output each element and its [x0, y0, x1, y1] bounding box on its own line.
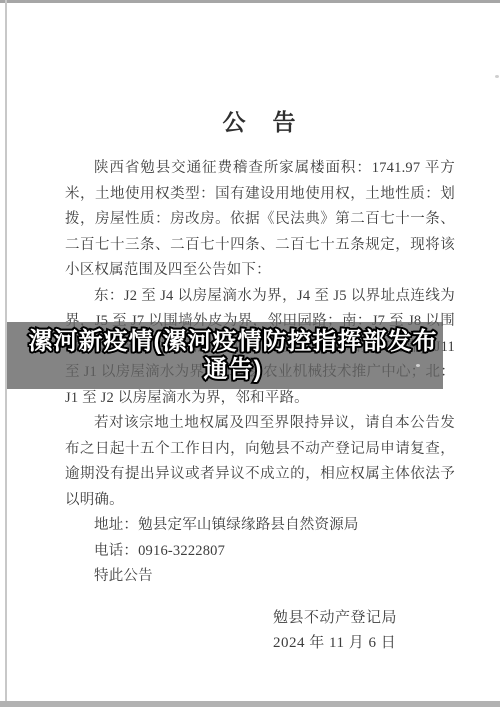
- notice-phone-line: 电话：0916-3222807: [65, 539, 455, 565]
- overlay-banner: 漯河新疫情(漯河疫情防控指挥部发布 通告): [7, 322, 443, 389]
- signature-block: 勉县不动产登记局 2024 年 11 月 6 日: [273, 606, 455, 656]
- banner-headline-line-1: 漯河新疫情(漯河疫情防控指挥部发布: [29, 328, 438, 356]
- photo-bottom-edge: [0, 701, 500, 707]
- signature-date: 2024 年 11 月 6 日: [273, 631, 455, 656]
- paper-speck: [446, 237, 449, 240]
- notice-closing-line: 特此公告: [65, 564, 455, 590]
- notice-paragraph-objection: 若对该宗地土地权属及四至界限持异议，请自本公告发布之日起十五个工作日内，向勉县不…: [65, 411, 455, 513]
- banner-headline-line-2: 通告): [204, 356, 263, 384]
- notice-address-line: 地址：勉县定军山镇绿缘路县自然资源局: [65, 513, 455, 539]
- notice-paragraph-intro: 陕西省勉县交通征费稽查所家属楼面积：1741.97 平方米，土地使用权类型：国有…: [65, 156, 455, 284]
- paper-speck: [416, 364, 420, 367]
- paper-speck: [495, 75, 499, 78]
- signature-org: 勉县不动产登记局: [273, 606, 455, 631]
- notice-title: 公 告: [65, 104, 455, 137]
